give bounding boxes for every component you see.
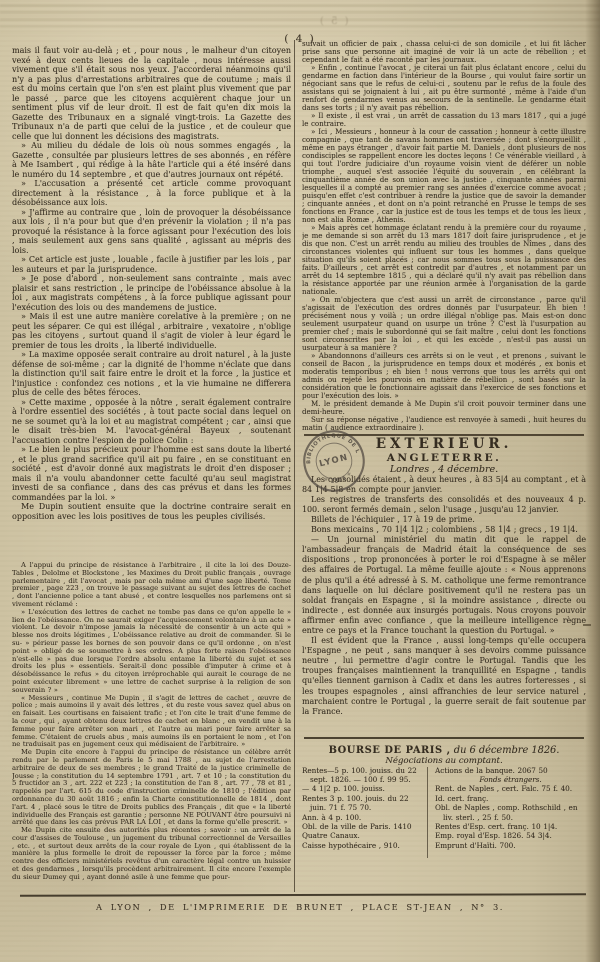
column-divider-rule <box>294 40 295 892</box>
bourse-quote-line: Obl. de la ville de Paris. 1410 <box>302 822 423 831</box>
bourse-subtitle: Négociations au comptant. <box>302 756 586 766</box>
paragraph: suivait un officier de paix , chassa cel… <box>302 40 586 64</box>
stamp-center-text: LYON <box>318 453 349 470</box>
paragraph: Billets de l'échiquier , 17 à 19 de prim… <box>302 515 586 525</box>
bourse-quote-line: Emp. royal d'Esp. 1826. 54 3|4. <box>435 831 586 840</box>
bourse-quote-line: Emprunt d'Haïti. 700. <box>435 841 586 850</box>
paragraph: » L'accusation a présenté cet article co… <box>12 179 291 208</box>
ghost-page-number: ( 5 ) <box>318 16 349 27</box>
bourse-quote-line: Rentes 3 p. 100. jouis. du 22 juin. 71 f… <box>302 794 423 813</box>
england-news-text: Les consolidés étaient , à deux heures ,… <box>302 475 586 733</box>
paragraph: » Il existe , il est vrai , un arrêt de … <box>302 112 586 128</box>
paragraph: Me Dupin soutient ensuite que la doctrin… <box>12 502 291 521</box>
paragraph: Me Dupin cite encore à l'appui du princi… <box>12 749 291 827</box>
bourse-quote-line: Obl. de Naples , comp. Rothschild , en l… <box>435 803 586 822</box>
left-column: mais il faut voir au-delà ; et , pour no… <box>12 46 291 888</box>
bourse-quote-line: Quatre Canaux. <box>302 831 423 840</box>
bourse-quote-line: Rentes—5 p. 100. jouiss. du 22 sept. 182… <box>302 766 423 785</box>
paragraph: » Mais il est une autre manière corelati… <box>12 312 291 350</box>
paragraph: » On m'objectera que c'est aussi un arrê… <box>302 296 586 352</box>
paragraph: « Messieurs , continue Me Dupin , il s'a… <box>12 695 291 750</box>
paragraph: Me Dupin cite ensuite des autorités plus… <box>12 827 291 882</box>
bourse-title: BOURSE DE PARIS , du 6 décembre 1826. <box>302 745 586 756</box>
bourse-quote-line: Id. cert. franç. <box>435 794 586 803</box>
bourse-quote-line: Rentes d'Esp. cert. franç. 10 1|4. <box>435 822 586 831</box>
paragraph: » Au milieu du dédale de lois où nous so… <box>12 141 291 179</box>
bourse-title-date: du 6 décembre 1826. <box>451 745 560 756</box>
bourse-quote-line: Actions de la banque. 2067 50 <box>435 766 586 775</box>
paragraph: » Cet article est juste , louable , faci… <box>12 255 291 274</box>
newspaper-page-scan: ( 5 ) ( 4 ) mais il faut voir au-delà ; … <box>0 0 600 962</box>
paragraph: » Ici , Messieurs , honneur à la cour de… <box>302 128 586 224</box>
paragraph: » Cette maxime , opposée à la nôtre , se… <box>12 398 291 446</box>
bleed-through-texture <box>0 0 600 36</box>
bourse-quote-line: Caisse hypothécaire , 910. <box>302 841 423 850</box>
paragraph: Il est évident que la France , aussi lon… <box>302 636 586 717</box>
bourse-quotes: Rentes—5 p. 100. jouiss. du 22 sept. 182… <box>302 766 586 860</box>
paragraph: » L'exécution des lettres de cachet ne t… <box>12 609 291 695</box>
bourse-right-quotes: Actions de la banque. 2067 50Fonds étran… <box>428 766 586 860</box>
paragraph: » Enfin , continue l'avocat , je citerai… <box>302 64 586 112</box>
imprint-footer: A LYON , DE L'IMPRIMERIE DE BRUNET , PLA… <box>0 902 600 912</box>
paragraph: » J'affirme au contraire que , loin de p… <box>12 208 291 256</box>
paragraph: » Mais après cet hommage éclatant rendu … <box>302 224 586 296</box>
bourse-column-divider <box>427 767 428 858</box>
footer-rule <box>20 893 586 897</box>
pleading-text-large: mais il faut voir au-delà ; et , pour no… <box>12 46 291 560</box>
paragraph: — Un journal ministériel du matin dit qu… <box>302 535 586 636</box>
page-edge-shadow <box>585 0 600 962</box>
pleading-text-continuation: suivait un officier de paix , chassa cel… <box>302 40 586 432</box>
bourse-quote-line: Fonds étrangers. <box>435 775 586 784</box>
paragraph: » Je pose d'abord , non-seulement sans c… <box>12 274 291 312</box>
bourse-left-quotes: Rentes—5 p. 100. jouiss. du 22 sept. 182… <box>302 766 428 860</box>
bourse-quote-line: Ann. à 4 p. 100. <box>302 813 423 822</box>
paragraph: Les registres de transferts des consolid… <box>302 495 586 515</box>
paragraph: » Abandonnons d'ailleurs ces arrêts si o… <box>302 352 586 400</box>
bourse-quote-line: — 4 1|2 p. 100. jouiss. <box>302 784 423 793</box>
bourse-divider-rule <box>304 737 584 739</box>
paragraph: M. le président demande à Me Dupin s'il … <box>302 400 586 416</box>
bourse-quote-line: Rent. de Naples , cert. Falc. 75 f. 40. <box>435 784 586 793</box>
paragraph: » Le bien le plus précieux pour l'homme … <box>12 445 291 502</box>
paragraph: A l'appui du principe de résistance à l'… <box>12 562 291 609</box>
paragraph: » La maxime opposée serait contraire au … <box>12 350 291 398</box>
paragraph: mais il faut voir au-delà ; et , pour no… <box>12 46 291 141</box>
bourse-title-name: BOURSE DE PARIS , <box>329 745 451 756</box>
paragraph: Bons mexicains , 70 1|4 1|2 ; colombiens… <box>302 525 586 535</box>
pleading-text-small: A l'appui du principe de résistance à l'… <box>12 562 291 888</box>
